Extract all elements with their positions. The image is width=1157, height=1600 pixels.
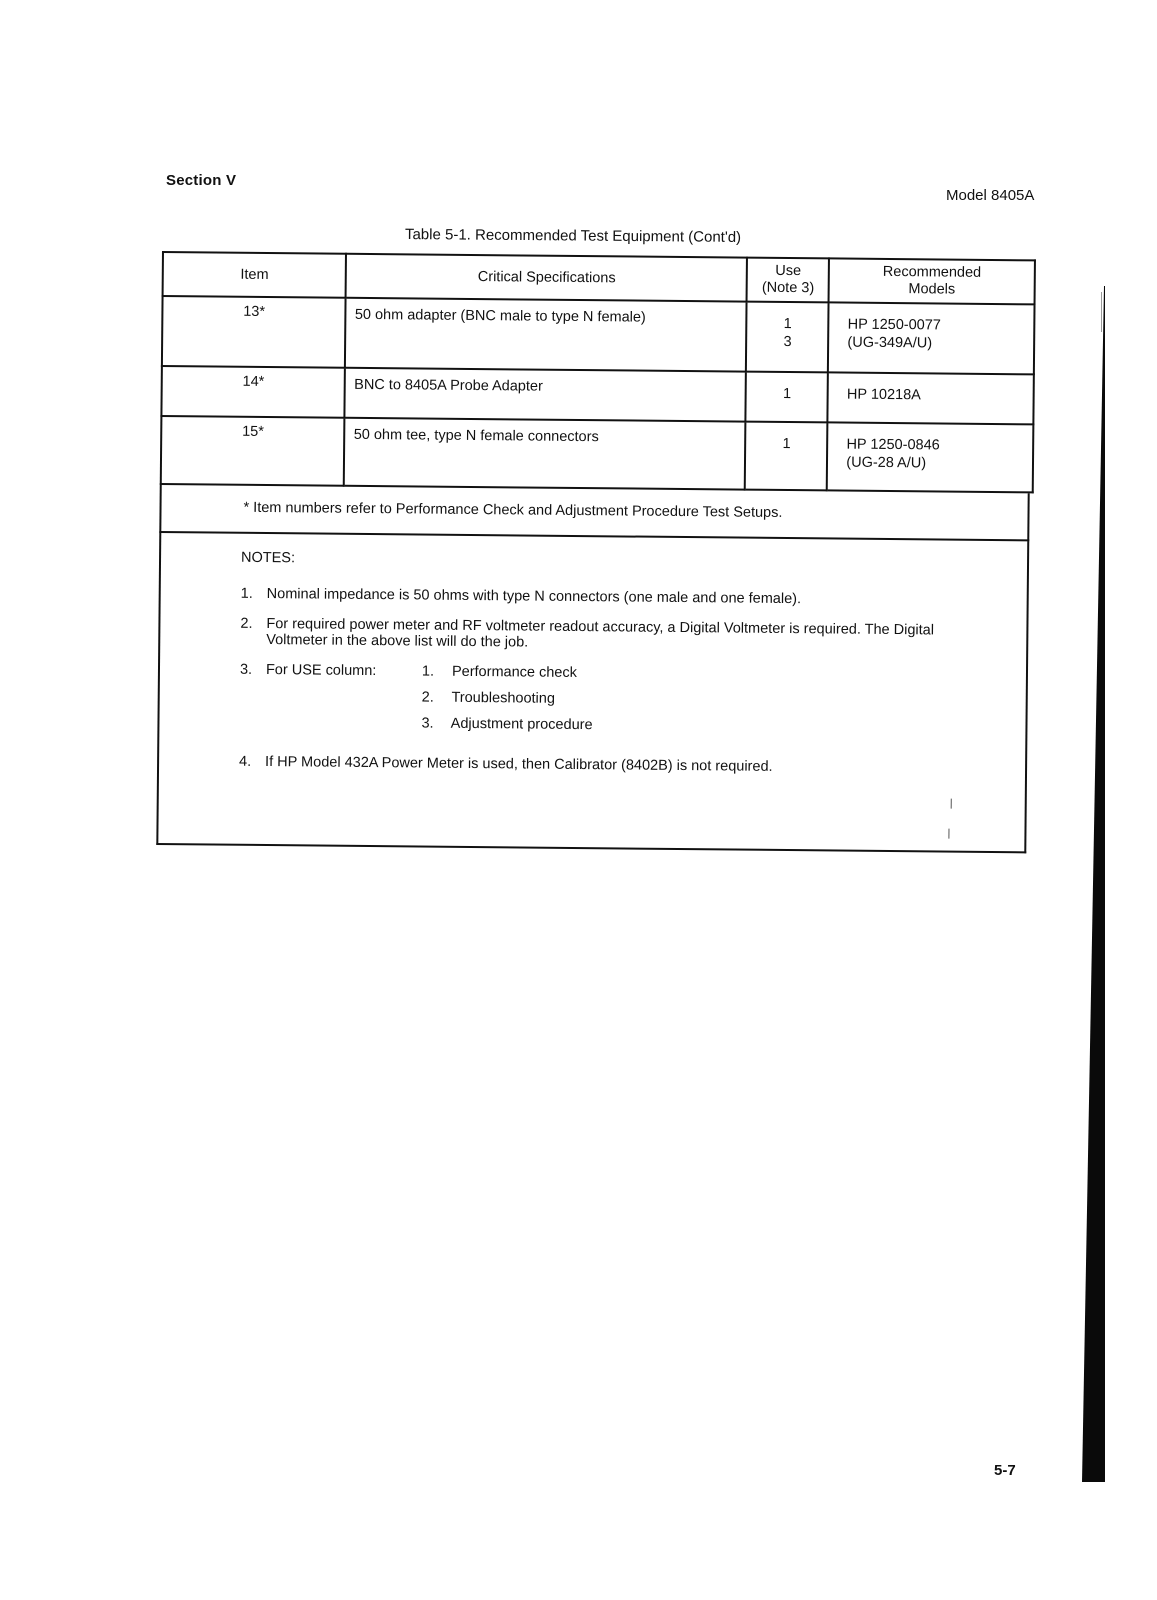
model-number: HP 10218A: [847, 386, 1033, 406]
critical-spec: 50 ohm tee, type N female connectors: [344, 418, 746, 490]
critical-spec: BNC to 8405A Probe Adapter: [345, 368, 746, 422]
column-header-models-line2: Models: [830, 280, 1034, 299]
column-header-use: Use (Note 3): [747, 258, 829, 303]
note-number: 3.: [239, 662, 266, 740]
scan-artifact-mark: [948, 829, 949, 839]
section-label: Section V: [166, 172, 236, 189]
item-number: 13*: [162, 296, 346, 368]
note-text: For USE column:: [265, 662, 422, 741]
use-legend-text: Performance check: [452, 664, 577, 681]
use-legend-item: 2. Troubleshooting: [422, 690, 593, 708]
notes-section: NOTES: 1. Nominal impedance is 50 ohms w…: [156, 533, 1029, 853]
use-column-legend: For USE column: 1. Performance check 2. …: [265, 662, 593, 743]
note-number: 4.: [239, 754, 265, 770]
note-item: 1. Nominal impedance is 50 ohms with typ…: [241, 586, 1027, 610]
table-footnote: * Item numbers refer to Performance Chec…: [159, 485, 1029, 541]
scan-artifact-mark: [951, 799, 952, 809]
note-item: 4. If HP Model 432A Power Meter is used,…: [239, 754, 1025, 778]
note-number: 1.: [241, 586, 267, 602]
use-codes: 1: [745, 422, 827, 491]
model-number: HP 1250-0077: [848, 316, 1034, 336]
table-title: Table 5-1. Recommended Test Equipment (C…: [405, 226, 741, 246]
footnote-text: * Item numbers refer to Performance Chec…: [243, 500, 782, 521]
model-number: HP 1250-0846: [846, 436, 1032, 456]
item-number: 15*: [161, 416, 345, 486]
scan-edge-shadow: [1080, 286, 1106, 1482]
model-number: (UG-28 A/U): [846, 454, 1032, 474]
use-legend-item: 1. Performance check: [422, 664, 593, 682]
column-header-use-line2: (Note 3): [748, 280, 828, 298]
use-code: 1: [747, 435, 827, 454]
use-legend-number: 2.: [422, 690, 448, 706]
use-code: 1: [748, 315, 828, 334]
column-header-models: Recommended Models: [829, 258, 1035, 304]
use-legend-number: 1.: [422, 664, 448, 680]
use-legend-text: Troubleshooting: [451, 690, 555, 707]
model-number: (UG-349A/U): [847, 334, 1033, 354]
recommended-models: HP 1250-0077 (UG-349A/U): [828, 302, 1034, 374]
column-header-models-line1: Recommended: [830, 263, 1034, 282]
note-text: For required power meter and RF voltmete…: [266, 616, 956, 655]
notes-heading: NOTES:: [241, 550, 1027, 574]
use-codes: 1 3: [746, 302, 829, 373]
use-code: 1: [747, 385, 827, 404]
scan-artifact-line: [1101, 292, 1102, 332]
recommended-models: HP 10218A: [828, 372, 1034, 424]
critical-spec: 50 ohm adapter (BNC male to type N femal…: [345, 298, 747, 372]
use-code: 3: [748, 333, 828, 352]
recommended-models: HP 1250-0846 (UG-28 A/U): [827, 422, 1033, 492]
note-item: 2. For required power meter and RF voltm…: [240, 616, 1026, 656]
use-legend-list: 1. Performance check 2. Troubleshooting …: [421, 664, 593, 744]
use-codes: 1: [746, 372, 828, 423]
column-header-item: Item: [163, 252, 347, 298]
equipment-table-block: Item Critical Specifications Use (Note 3…: [156, 251, 1044, 853]
table-row: 13* 50 ohm adapter (BNC male to type N f…: [162, 296, 1035, 374]
column-header-spec: Critical Specifications: [346, 254, 747, 302]
use-legend-number: 3.: [421, 716, 447, 732]
table-row: 15* 50 ohm tee, type N female connectors…: [161, 416, 1034, 492]
use-legend-item: 3. Adjustment procedure: [421, 716, 592, 734]
equipment-table: Item Critical Specifications Use (Note 3…: [160, 251, 1036, 493]
note-text: If HP Model 432A Power Meter is used, th…: [265, 754, 955, 777]
use-legend-text: Adjustment procedure: [451, 716, 593, 733]
note-text: Nominal impedance is 50 ohms with type N…: [267, 586, 957, 609]
note-number: 2.: [240, 616, 266, 648]
item-number: 14*: [161, 366, 345, 418]
note-item: 3. For USE column: 1. Performance check …: [239, 662, 1026, 748]
model-label: Model 8405A: [946, 187, 1034, 204]
column-header-use-line1: Use: [748, 263, 828, 281]
table-row: 14* BNC to 8405A Probe Adapter 1 HP 1021…: [161, 366, 1033, 424]
page-number: 5-7: [994, 1462, 1016, 1479]
